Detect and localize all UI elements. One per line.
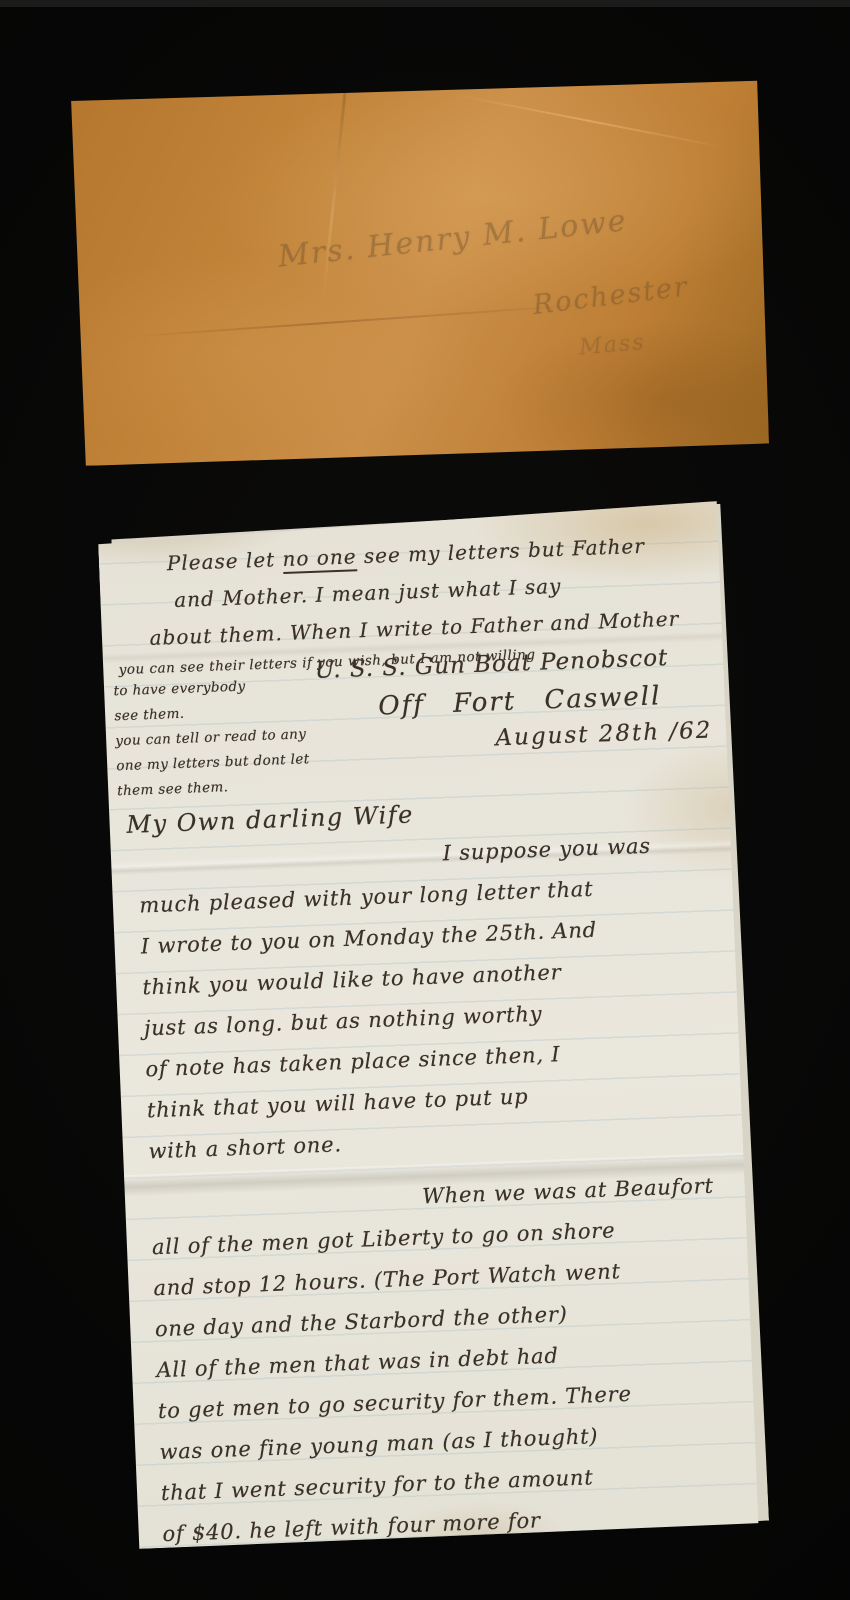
letter-paragraph-2: When we was at Beaufortall of the men go… — [150, 1165, 743, 1555]
envelope-address-state: Mass — [578, 330, 646, 361]
envelope-address-city: Rochester — [531, 271, 690, 321]
ps-text: see my letters but Father — [356, 534, 645, 569]
salutation: My Own darling Wife — [126, 800, 414, 839]
envelope-address: Mrs. Henry M. Lowe Rochester Mass — [67, 80, 769, 466]
envelope: Mrs. Henry M. Lowe Rochester Mass — [67, 80, 769, 466]
location-line: Off Fort Caswell — [378, 679, 717, 721]
letter-paragraph-1: I suppose you wasmuch pleased with your … — [137, 823, 729, 1172]
letter-heading: U. S. S. Gun Boat Penobscot Off Fort Cas… — [314, 643, 717, 758]
letter-page: Please let no one see my letters but Fat… — [97, 501, 758, 1549]
photo-background: Mrs. Henry M. Lowe Rochester Mass Please… — [0, 0, 850, 1600]
underlined-phrase: no one — [282, 544, 357, 574]
date-line: August 28th /62 — [495, 717, 718, 751]
envelope-address-name: Mrs. Henry M. Lowe — [277, 203, 630, 274]
ps-text: Please let — [166, 547, 283, 575]
scan-edge-strip — [0, 0, 850, 7]
